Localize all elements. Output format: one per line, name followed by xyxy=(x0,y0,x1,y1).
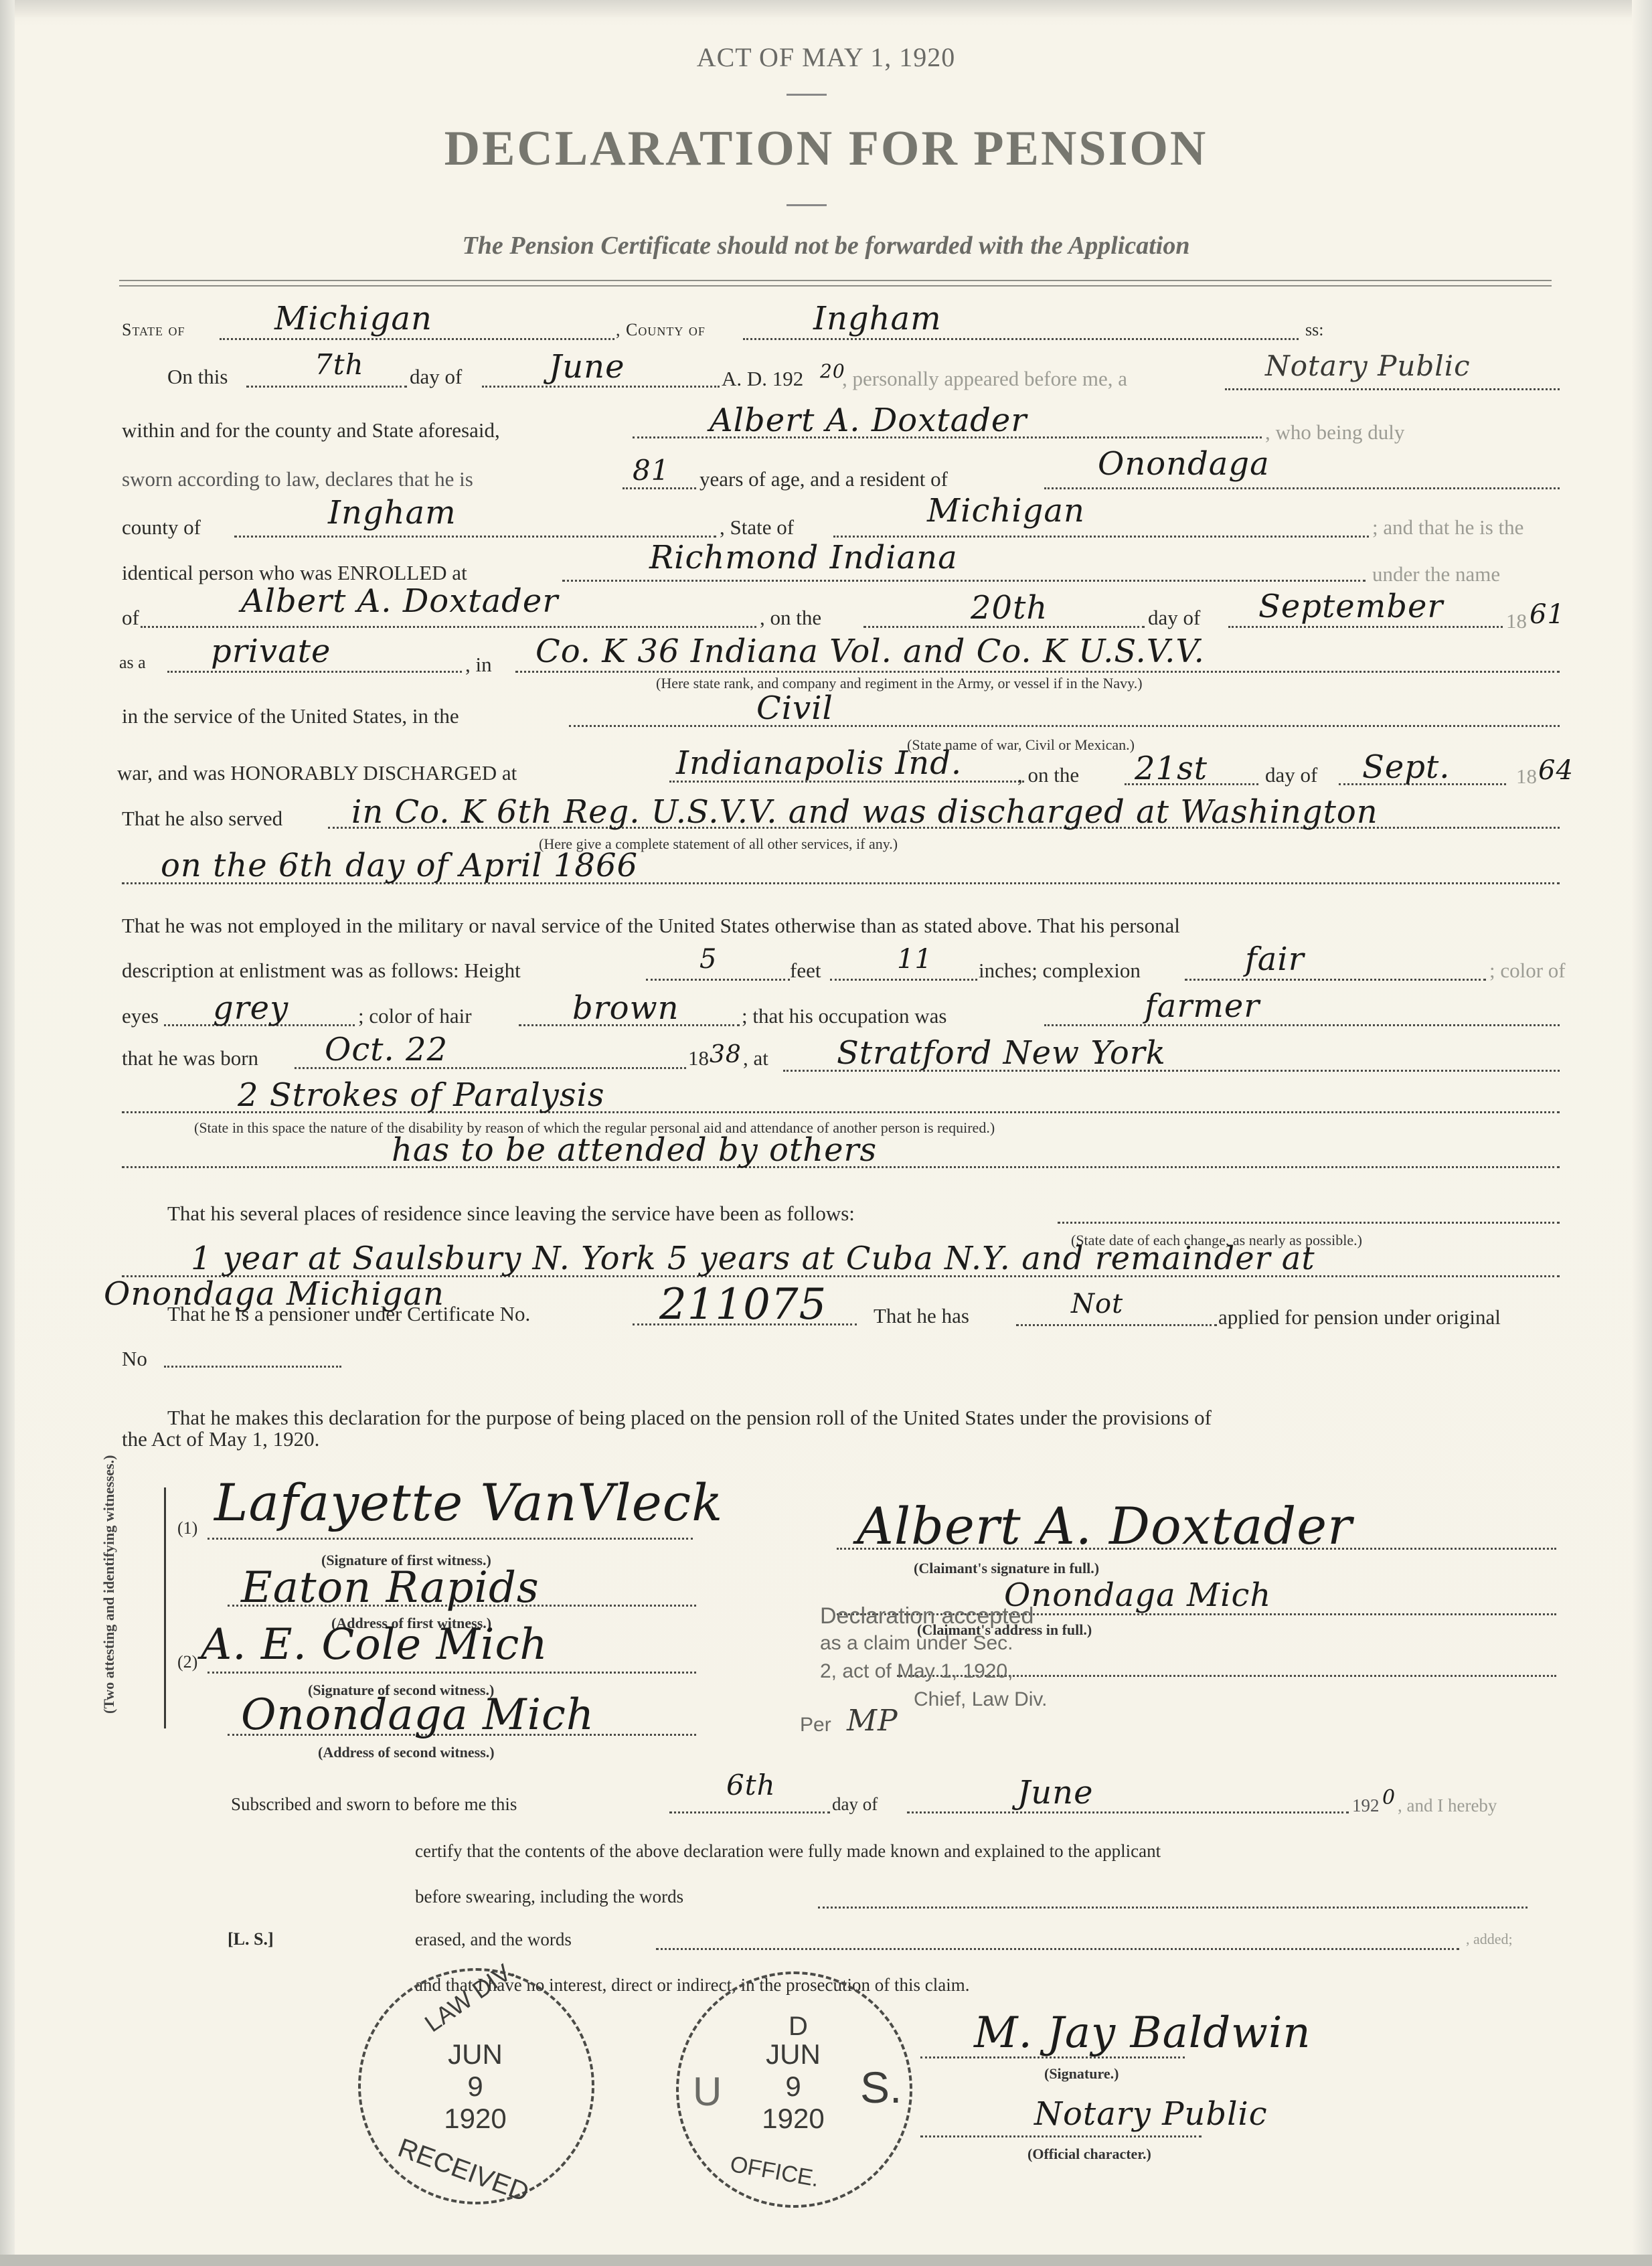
label-day-of-2: day of xyxy=(1148,606,1200,630)
field-line xyxy=(167,671,462,673)
label-who-being: , who being duly xyxy=(1265,420,1404,444)
field-line xyxy=(141,626,756,628)
field-sworn-month: June xyxy=(1017,1774,1093,1811)
label-as-a: as a xyxy=(119,653,146,673)
label-witness-1: (1) xyxy=(177,1518,197,1538)
field-day: 7th xyxy=(315,348,364,381)
field-enrolled-at: Richmond Indiana xyxy=(649,539,958,576)
field-disability-2: has to be attended by others xyxy=(392,1131,877,1169)
header-divider xyxy=(119,285,1552,287)
field-state: Michigan xyxy=(274,300,432,337)
label-within: within and for the county and State afor… xyxy=(122,418,500,442)
field-residence-history-1: 1 year at Saulsbury N. York 5 years at C… xyxy=(191,1240,1315,1277)
label-day-of-4: day of xyxy=(832,1794,878,1815)
label-enrolled: identical person who was ENROLLED at xyxy=(122,561,467,585)
stamp-office-left: U xyxy=(693,2069,722,2115)
label-seal: [L. S.] xyxy=(228,1929,274,1949)
field-enrolled-year: 61 xyxy=(1530,599,1565,630)
header-rule xyxy=(787,204,827,206)
label-day-of-3: day of xyxy=(1265,763,1317,787)
field-line xyxy=(562,580,1366,582)
header-rule xyxy=(787,94,827,96)
field-born-year: 38 xyxy=(710,1041,742,1068)
stamp-law-date: JUN 9 1920 xyxy=(435,2038,515,2135)
label-in: , in xyxy=(465,653,492,677)
text-act-may: the Act of May 1, 1920. xyxy=(122,1427,319,1451)
stamp-law-year: 1920 xyxy=(435,2103,515,2135)
field-sworn-year: 0 xyxy=(1382,1786,1396,1809)
field-hair-color: brown xyxy=(572,989,679,1027)
field-line xyxy=(1044,1024,1560,1026)
field-eye-color: grey xyxy=(213,989,288,1027)
stamp-accepted-initials: MP xyxy=(847,1704,898,1738)
label-ad: A. D. 192 xyxy=(722,367,803,391)
field-notary-signature: M. Jay Baldwin xyxy=(974,2008,1311,2058)
field-line xyxy=(1044,487,1560,489)
field-witness2-signature: A. E. Cole Mich xyxy=(201,1620,548,1670)
label-pensioner: That he is a pensioner under Certificate… xyxy=(167,1302,530,1326)
text-not-employed: That he was not employed in the military… xyxy=(122,914,1180,938)
label-year-18b: 18 xyxy=(1516,764,1537,789)
stamp-office-month: JUN xyxy=(753,2038,833,2071)
field-birthplace: Stratford New York xyxy=(837,1034,1166,1072)
stamp-law-day: 9 xyxy=(435,2071,515,2103)
label-eyes: eyes xyxy=(122,1004,159,1028)
label-under-name: under the name xyxy=(1372,562,1500,586)
note-official-character: (Official character.) xyxy=(1027,2146,1151,2163)
label-color-of: ; color of xyxy=(1489,959,1566,983)
scan-edge-left xyxy=(0,0,15,2266)
label-appeared: , personally appeared before me, a xyxy=(842,367,1127,391)
field-county: Ingham xyxy=(813,300,942,337)
label-ss: ss: xyxy=(1305,320,1323,340)
pension-declaration-page: ACT OF MAY 1, 1920 DECLARATION FOR PENSI… xyxy=(0,0,1652,2266)
note-attesting-witnesses: (Two attesting and identifying witnesses… xyxy=(100,1455,118,1714)
field-line xyxy=(920,2135,1202,2137)
field-height-inches: 11 xyxy=(897,944,932,975)
stamp-office-day: 9 xyxy=(753,2071,833,2103)
field-residence-state: Michigan xyxy=(927,492,1085,530)
stamp-office-year: 1920 xyxy=(753,2103,833,2135)
field-month: June xyxy=(549,348,625,386)
label-description: description at enlistment was as follows… xyxy=(122,959,521,983)
field-line xyxy=(830,979,977,981)
field-residence-town: Onondaga xyxy=(1098,445,1270,483)
field-enrolled-name: Albert A. Doxtader xyxy=(241,582,558,620)
field-also-served-2: on the 6th day of April 1866 xyxy=(161,847,638,884)
field-line xyxy=(833,536,1369,538)
field-residence-county: Ingham xyxy=(328,494,457,532)
label-county-of-2: county of xyxy=(122,515,201,540)
field-witness2-address: Onondaga Mich xyxy=(241,1690,594,1740)
field-occupation: farmer xyxy=(1145,987,1260,1025)
label-at: , at xyxy=(743,1046,768,1070)
field-line xyxy=(482,386,720,388)
field-discharged-at: Indianapolis Ind. xyxy=(676,744,962,782)
field-officer-title: Notary Public xyxy=(1265,349,1471,382)
label-in-service: in the service of the United States, in … xyxy=(122,704,459,728)
label-year-18c: 18 xyxy=(688,1046,709,1070)
label-before-swearing: before swearing, including the words xyxy=(415,1886,683,1907)
stamp-office-letter: D xyxy=(789,2012,808,2042)
text-makes-declaration: That he makes this declaration for the p… xyxy=(167,1406,1212,1430)
stamp-office-right: S. xyxy=(860,2062,902,2113)
label-on-the: , on the xyxy=(760,606,821,630)
label-and-i-hereby: , and I hereby xyxy=(1398,1795,1497,1816)
field-year-suffix: 20 xyxy=(820,360,845,382)
field-certificate-no: 211075 xyxy=(659,1280,827,1329)
label-discharged: war, and was HONORABLY DISCHARGED at xyxy=(117,761,517,785)
note-claimant-signature: (Claimant's signature in full.) xyxy=(914,1560,1099,1577)
label-year-192: 192 xyxy=(1352,1795,1380,1816)
label-and-that: ; and that he is the xyxy=(1372,515,1523,540)
field-enrolled-month: September xyxy=(1258,588,1443,625)
stamp-law-month: JUN xyxy=(435,2038,515,2071)
label-of: of xyxy=(122,606,139,630)
note-signature: (Signature.) xyxy=(1044,2065,1119,2083)
document-subtitle: The Pension Certificate should not be fo… xyxy=(0,231,1652,260)
field-notary-title: Notary Public xyxy=(1034,2095,1268,2133)
witness-bracket xyxy=(164,1487,175,1728)
field-sworn-day: 6th xyxy=(726,1769,776,1801)
label-born: that he was born xyxy=(122,1046,258,1070)
label-day-of: day of xyxy=(410,365,462,389)
label-on-this: On this xyxy=(167,365,228,389)
label-also-served: That he also served xyxy=(122,807,282,831)
label-erased: erased, and the words xyxy=(415,1929,572,1950)
label-state-of: State of xyxy=(122,320,185,340)
label-sworn: sworn according to law, declares that he… xyxy=(122,467,473,491)
field-line xyxy=(818,1907,1527,1909)
note-addr-second: (Address of second witness.) xyxy=(318,1744,495,1761)
field-age: 81 xyxy=(633,454,669,487)
label-no: No xyxy=(122,1347,147,1371)
field-line xyxy=(569,725,1560,727)
field-line xyxy=(743,338,1299,340)
field-line xyxy=(208,1672,696,1674)
label-applied: applied for pension under original xyxy=(1218,1305,1501,1329)
note-rank: (Here state rank, and company and regime… xyxy=(656,675,1143,692)
label-hair: ; color of hair xyxy=(358,1004,472,1028)
label-year-18: 18 xyxy=(1506,609,1527,633)
stamp-accepted-line1: Declaration accepted xyxy=(820,1603,1034,1629)
field-also-served-1: in Co. K 6th Reg. U.S.V.V. and was disch… xyxy=(351,793,1378,831)
header-divider xyxy=(119,280,1552,281)
document-title: DECLARATION FOR PENSION xyxy=(0,120,1652,177)
stamp-office-date: JUN 9 1920 xyxy=(753,2038,833,2135)
field-line xyxy=(669,1811,830,1813)
label-residences: That his several places of residence sin… xyxy=(167,1202,855,1226)
label-subscribed: Subscribed and sworn to before me this xyxy=(231,1794,517,1815)
field-line xyxy=(515,671,1560,673)
field-line xyxy=(1016,1324,1217,1326)
label-county-of: , County of xyxy=(616,320,706,340)
field-line xyxy=(208,1538,693,1540)
field-rank: private xyxy=(211,633,331,670)
act-heading: ACT OF MAY 1, 1920 xyxy=(0,42,1652,73)
field-claimant-name: Albert A. Doxtader xyxy=(710,402,1027,439)
stamp-accepted-line4: Chief, Law Div. xyxy=(914,1688,1048,1711)
scan-edge-right xyxy=(1632,0,1652,2266)
field-line xyxy=(907,1811,1349,1813)
field-war: Civil xyxy=(756,690,833,727)
field-discharged-day: 21st xyxy=(1135,750,1208,787)
field-line xyxy=(1185,979,1486,981)
label-state-of-2: , State of xyxy=(720,515,794,540)
field-line xyxy=(1058,1222,1560,1224)
label-witness-2: (2) xyxy=(177,1652,197,1672)
field-born-date: Oct. 22 xyxy=(325,1031,448,1068)
field-height-feet: 5 xyxy=(699,944,717,975)
field-discharged-year: 64 xyxy=(1538,755,1574,786)
field-unit: Co. K 36 Indiana Vol. and Co. K U.S.V.V. xyxy=(535,633,1205,670)
field-witness1-signature: Lafayette VanVleck xyxy=(214,1473,723,1532)
field-has-applied: Not xyxy=(1071,1289,1123,1319)
label-years-of-age: years of age, and a resident of xyxy=(699,467,948,491)
field-line xyxy=(623,487,696,489)
label-inches: inches; complexion xyxy=(979,959,1141,983)
field-complexion: fair xyxy=(1245,941,1305,978)
field-claimant-signature: Albert A. Doxtader xyxy=(857,1496,1352,1556)
field-claimant-address: Onondaga Mich xyxy=(1004,1576,1271,1614)
label-on-the-2: , on the xyxy=(1017,763,1079,787)
scan-edge-top xyxy=(0,0,1652,17)
field-line xyxy=(234,536,716,538)
field-line xyxy=(656,1948,1459,1950)
stamp-accepted-per: Per xyxy=(800,1714,831,1736)
field-line xyxy=(246,386,407,388)
field-line xyxy=(220,338,614,340)
field-line xyxy=(1228,626,1503,628)
field-line xyxy=(646,979,790,981)
field-line xyxy=(1225,388,1560,390)
stamp-accepted-line3: 2, act of May 1, 1920, xyxy=(820,1660,1013,1683)
stamp-accepted-line2: as a claim under Sec. xyxy=(820,1632,1013,1655)
label-has: That he has xyxy=(874,1304,969,1328)
field-witness1-address: Eaton Rapids xyxy=(241,1563,540,1613)
label-occupation: ; that his occupation was xyxy=(742,1004,947,1028)
scan-edge-bottom xyxy=(0,2255,1652,2266)
field-disability-1: 2 Strokes of Paralysis xyxy=(238,1076,605,1114)
field-line xyxy=(164,1366,341,1368)
field-enrolled-day: 20th xyxy=(971,589,1048,627)
text-certify: certify that the contents of the above d… xyxy=(415,1841,1161,1862)
label-added: , added; xyxy=(1466,1931,1513,1948)
label-feet: feet xyxy=(790,959,821,983)
field-discharged-month: Sept. xyxy=(1362,748,1451,786)
